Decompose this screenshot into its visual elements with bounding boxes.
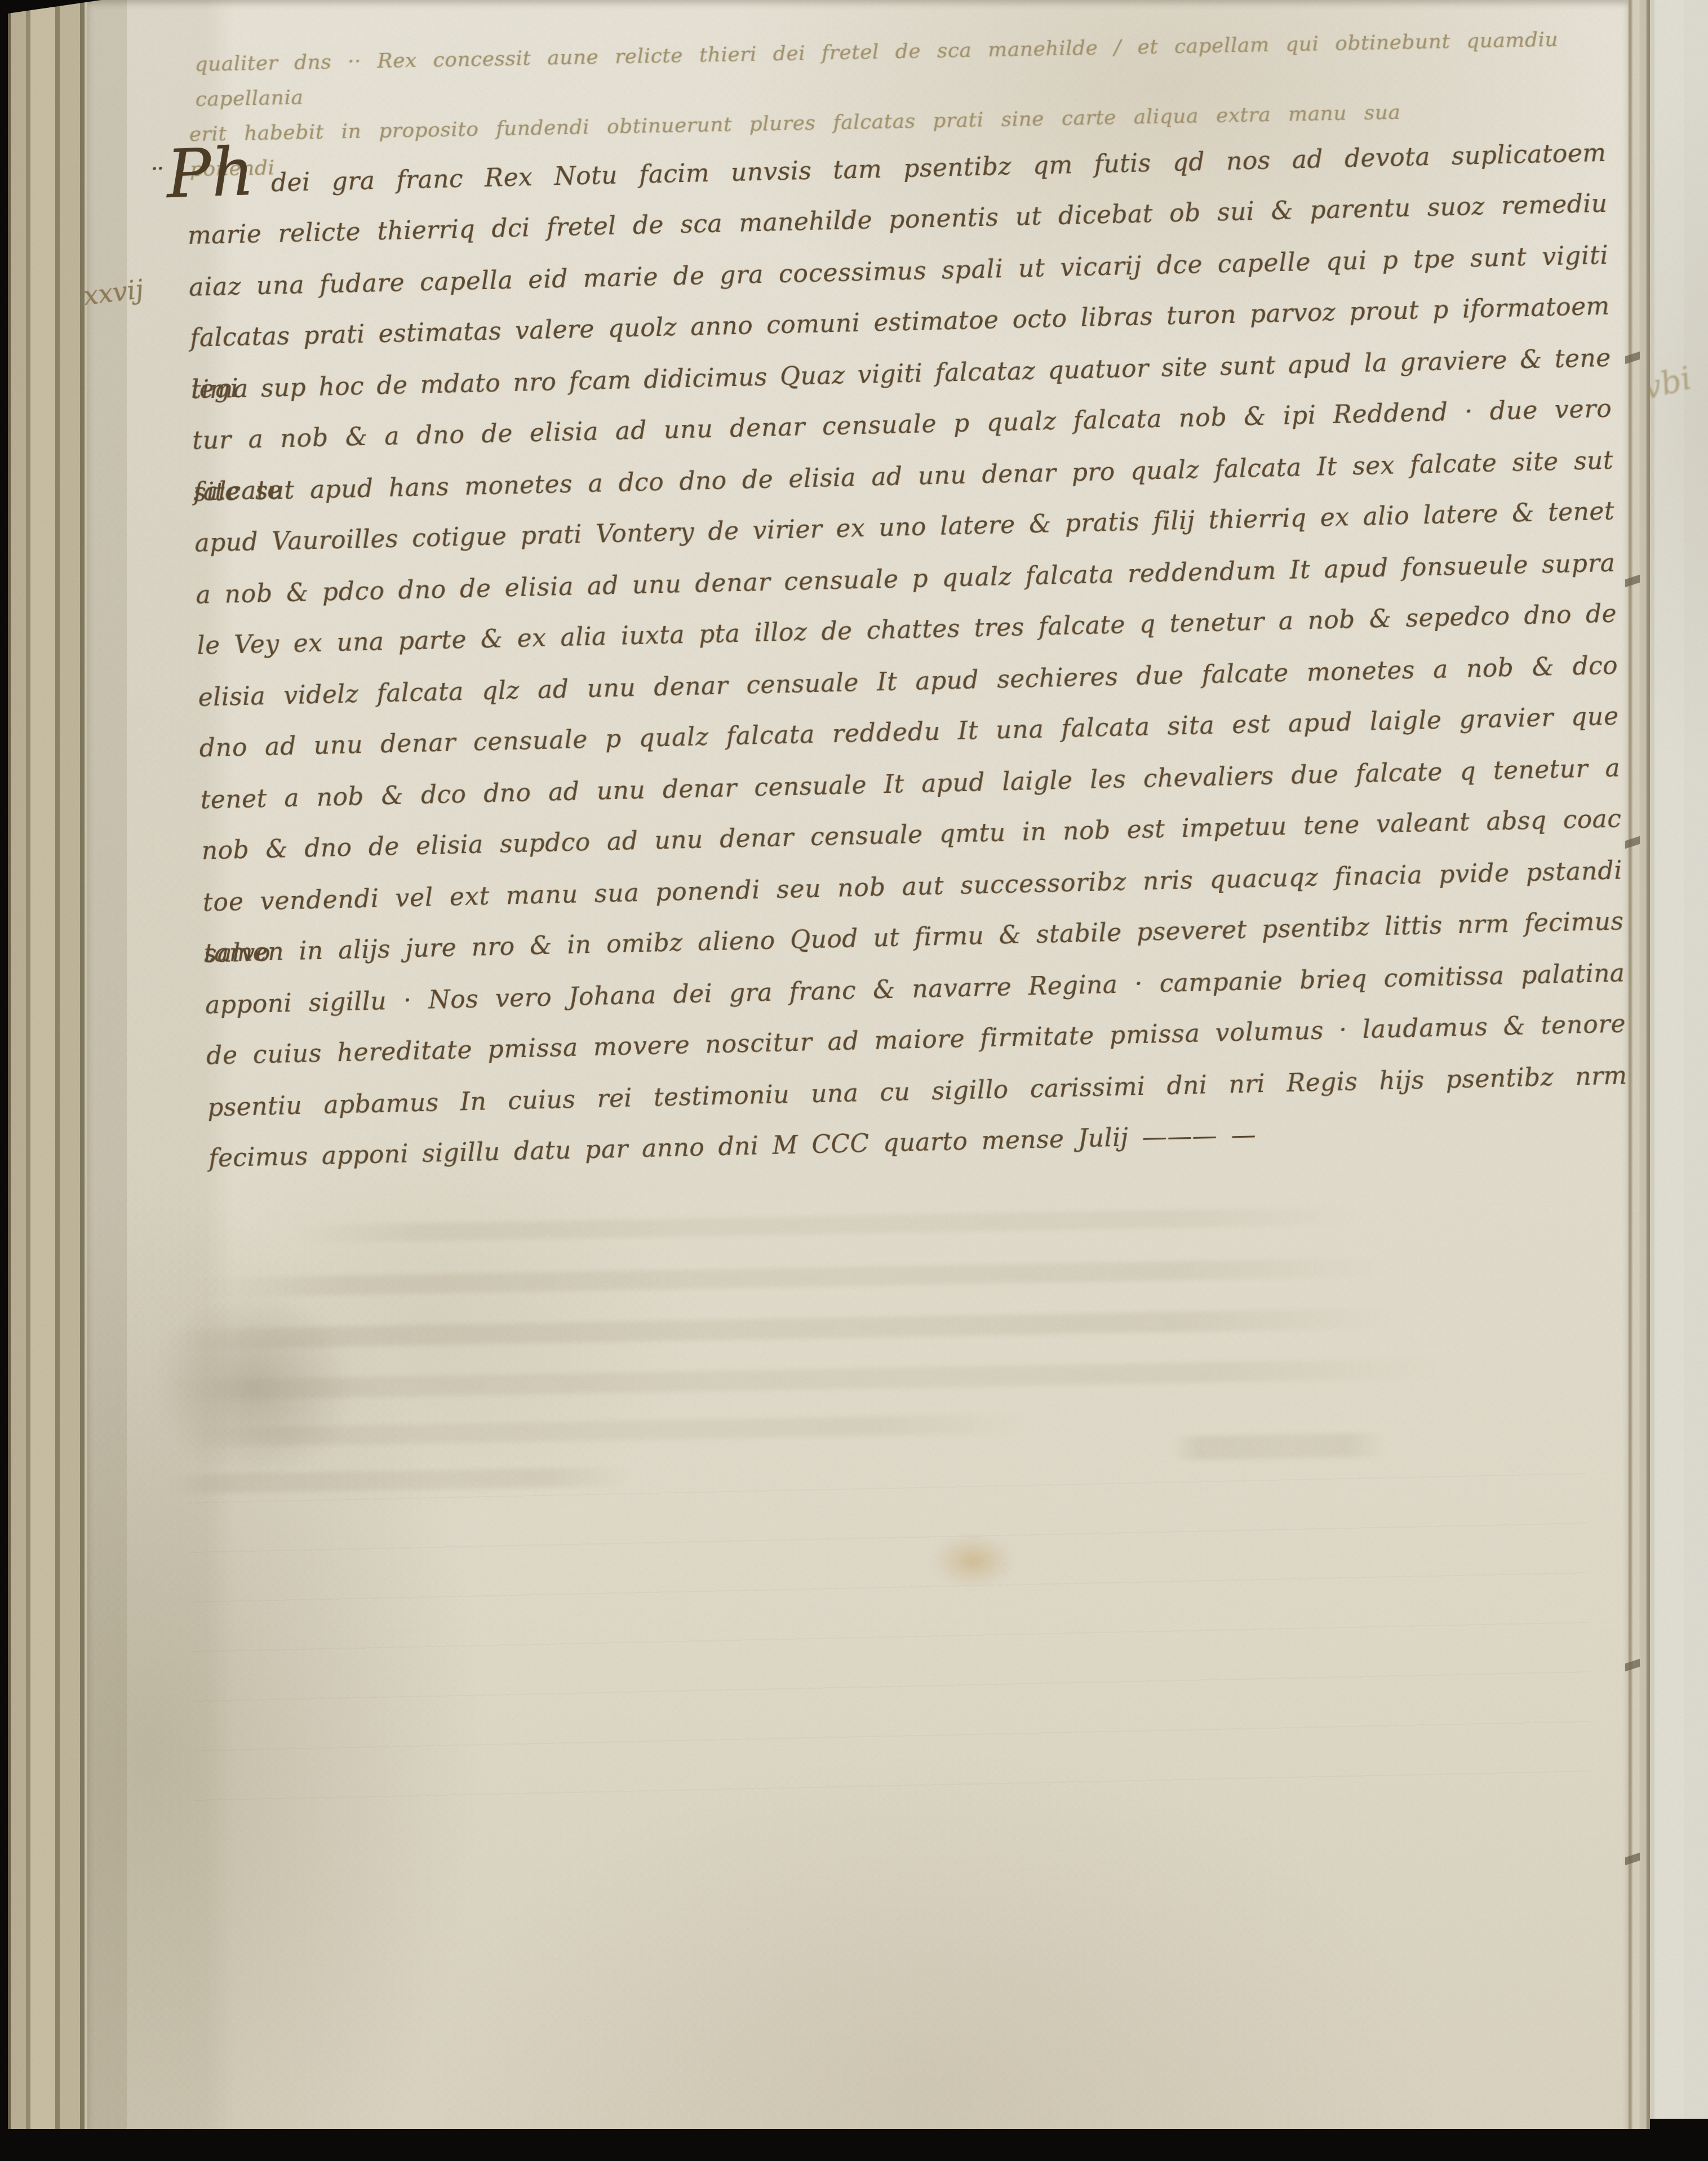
show-through-text <box>1172 1433 1387 1461</box>
photo-background: qualiter dns ·· Rex concessit aune relic… <box>0 0 1708 2161</box>
facing-folio-marginal-fragment: vbi <box>1650 360 1695 407</box>
photo-bottom-edge <box>0 2129 1708 2161</box>
binding-page-edges <box>0 0 96 2161</box>
next-folio-edge: vbi <box>1650 0 1708 2119</box>
faint-ruling-lines <box>188 1473 1592 1818</box>
charter-text-block: dei gra franc Rex Notu facim unvsis tam … <box>186 127 1629 1184</box>
initial-mark: ·· <box>150 156 163 182</box>
page-right-crease <box>1629 0 1650 2133</box>
parchment-blotch <box>121 1262 386 1510</box>
